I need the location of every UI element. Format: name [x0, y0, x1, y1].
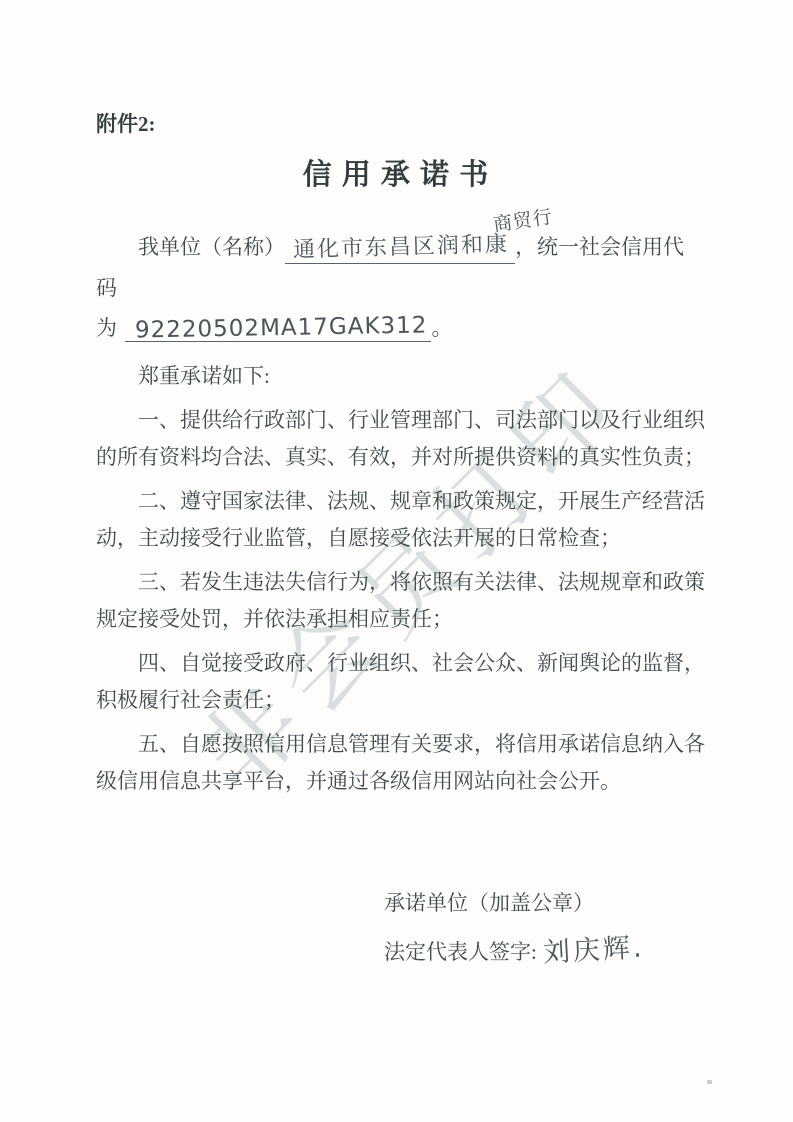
- commitment-unit-line: 承诺单位（加盖公章）: [384, 886, 705, 920]
- credit-code-handwritten: 92220502MA17GAK312: [135, 312, 428, 343]
- handwritten-comma: ，: [515, 235, 537, 260]
- document-title: 信用承诺书: [96, 152, 705, 193]
- clause-3: 三、若发生违法失信行为，将依照有关法律、法规规章和政策规定接受处罚，并依法承担相…: [96, 564, 705, 638]
- document-content: 附件2: 信用承诺书 我单位（名称）通化市东昌区润和康商贸行，统一社会信用代码 …: [0, 0, 793, 969]
- clause-2: 二、遵守国家法律、法规、规章和政策规定，开展生产经营活动，主动接受行业监管，自愿…: [96, 483, 705, 557]
- credit-code-blank: 92220502MA17GAK312: [125, 315, 431, 342]
- signature-handwritten: 刘庆辉.: [542, 931, 645, 970]
- intro-prefix: 我单位（名称）: [138, 235, 285, 259]
- attachment-label: 附件2:: [96, 108, 705, 138]
- clause-5: 五、自愿按照信用信息管理有关要求，将信用承诺信息纳入各级信用信息共享平台，并通过…: [96, 726, 705, 800]
- company-name-handwritten: 通化市东昌区润和康: [293, 230, 510, 266]
- scan-artifact-dot: [707, 1080, 712, 1084]
- signature-line: 法定代表人签字:刘庆辉.: [384, 934, 705, 969]
- intro-line2-prefix: 为: [96, 316, 117, 340]
- signature-label: 法定代表人签字:: [384, 940, 537, 964]
- intro-paragraph: 我单位（名称）通化市东昌区润和康商贸行，统一社会信用代码 为92220502MA…: [96, 227, 705, 348]
- pledge-lead: 郑重承诺如下:: [96, 358, 705, 395]
- scanned-document-page: 非会员打印 附件2: 信用承诺书 我单位（名称）通化市东昌区润和康商贸行，统一社…: [0, 0, 793, 1122]
- intro-period: 。: [431, 316, 452, 340]
- closing-block: 承诺单位（加盖公章） 法定代表人签字:刘庆辉.: [384, 886, 705, 969]
- company-name-blank: 通化市东昌区润和康商贸行: [285, 232, 515, 264]
- clause-1: 一、提供给行政部门、行业管理部门、司法部门以及行业组织的所有资料均合法、真实、有…: [96, 402, 705, 476]
- clause-4: 四、自觉接受政府、行业组织、社会公众、新闻舆论的监督，积极履行社会责任；: [96, 645, 705, 719]
